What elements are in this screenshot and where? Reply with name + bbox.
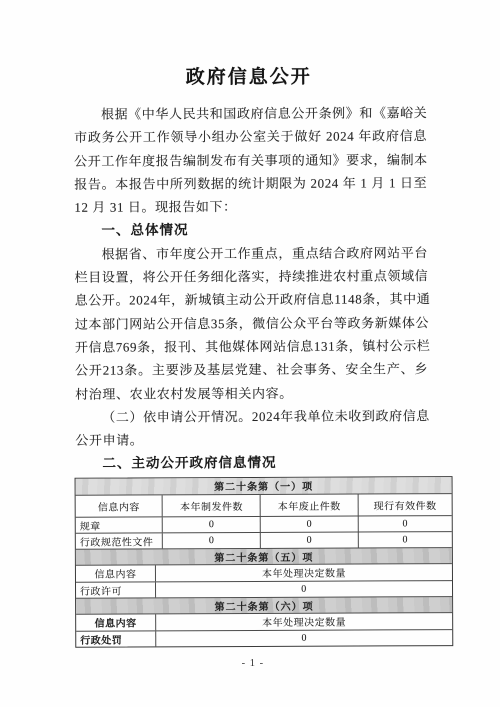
paragraph-overview: 根据省、市年度公开工作重点，重点结合政府网站平台 栏目设置，将公开任务细化落实，… xyxy=(75,241,429,406)
document-sheet: 政府信息公开 根据《中华人民共和国政府信息公开条例》和《嘉峪关 市政务公开工作领… xyxy=(0,0,500,707)
table-section-header: 第二十条第（一）项 xyxy=(76,477,452,495)
cell-value: 0 xyxy=(155,630,452,646)
cell-value: 0 xyxy=(260,516,358,531)
cell-value: 0 xyxy=(358,532,452,547)
body-line: 12 月 31 日。现报告如下： xyxy=(74,194,427,219)
table-section-title: 第二十条第（五）项 xyxy=(76,548,452,565)
table-row: 行政规范性文件 0 0 0 xyxy=(76,531,452,549)
table-row: 规章 0 0 0 xyxy=(76,515,452,533)
table-column-header-row: 信息内容 本年处理决定数量 xyxy=(76,612,452,631)
table-section-header: 第二十条第（六）项 xyxy=(76,596,452,614)
body-line: （二）依申请公开情况。2024年我单位未收到政府信息 xyxy=(75,404,428,429)
cell-value: 0 xyxy=(155,581,452,597)
body-line: 报告。本报告中所列数据的统计期限为 2024 年 1 月 1 日至 xyxy=(74,171,427,196)
table-column-header-row: 信息内容 本年制发件数 本年废止件数 现行有效件数 xyxy=(76,493,452,517)
table-section-title: 第二十条第（六）项 xyxy=(76,597,452,614)
body-line: 栏目设置，将公开任务细化落实，持续推进农村重点领域信 xyxy=(75,264,428,289)
table-row: 行政许可 0 xyxy=(76,580,452,598)
row-label: 规章 xyxy=(76,517,163,532)
row-label: 行政规范性文件 xyxy=(76,533,163,548)
column-header: 本年废止件数 xyxy=(260,494,358,515)
body-line: 根据省、市年度公开工作重点，重点结合政府网站平台 xyxy=(75,241,428,266)
body-line: 过本部门网站公开信息35条，微信公众平台等政务新媒体公 xyxy=(75,311,428,336)
column-header: 本年制发件数 xyxy=(162,495,260,516)
table-column-header-row: 信息内容 本年处理决定数量 xyxy=(76,563,452,582)
paragraph-upon-request: （二）依申请公开情况。2024年我单位未收到政府信息 公开申请。 xyxy=(75,404,428,452)
cell-value: 0 xyxy=(162,517,260,532)
cell-value: 0 xyxy=(260,532,358,547)
document-body: 根据《中华人民共和国政府信息公开条例》和《嘉峪关 市政务公开工作领导小组办公室关… xyxy=(74,101,429,475)
cell-value: 0 xyxy=(162,533,260,548)
row-label: 行政处罚 xyxy=(76,631,155,646)
column-header: 信息内容 xyxy=(76,614,155,630)
section-heading-overview: 一、总体情况 xyxy=(74,218,427,243)
section-heading-proactive-disclosure: 二、主动公开政府信息情况 xyxy=(75,451,428,476)
scanned-document-page: 政府信息公开 根据《中华人民共和国政府信息公开条例》和《嘉峪关 市政务公开工作领… xyxy=(0,0,500,707)
column-header: 现行有效件数 xyxy=(358,494,452,515)
document-title: 政府信息公开 xyxy=(0,61,499,90)
body-line: 市政务公开工作领导小组办公室关于做好 2024 年政府信息 xyxy=(74,125,427,150)
column-header: 本年处理决定数量 xyxy=(155,613,452,630)
table-row: 行政处罚 0 xyxy=(76,629,452,647)
body-line: 公开工作年度报告编制发布有关事项的通知》要求，编制本 xyxy=(74,148,427,173)
paragraph-intro: 根据《中华人民共和国政府信息公开条例》和《嘉峪关 市政务公开工作领导小组办公室关… xyxy=(74,101,428,219)
body-line: 公开申请。 xyxy=(75,427,428,452)
row-label: 行政许可 xyxy=(76,582,155,597)
column-header: 信息内容 xyxy=(76,565,155,581)
body-line: 公开213条。主要涉及基层党建、社会事务、安全生产、乡 xyxy=(75,357,428,382)
table-section-title: 第二十条第（一）项 xyxy=(76,477,452,495)
body-line: 根据《中华人民共和国政府信息公开条例》和《嘉峪关 xyxy=(74,101,427,126)
column-header: 信息内容 xyxy=(76,495,163,516)
disclosure-statistics-table: 第二十条第（一）项 信息内容 本年制发件数 本年废止件数 现行有效件数 规章 0… xyxy=(75,476,454,648)
column-header: 本年处理决定数量 xyxy=(155,564,452,581)
body-line: 村治理、农业农村发展等相关内容。 xyxy=(75,381,428,406)
body-line: 息公开。2024年，新城镇主动公开政府信息1148条，其中通 xyxy=(75,288,428,313)
table-section-header: 第二十条第（五）项 xyxy=(76,547,452,565)
cell-value: 0 xyxy=(358,516,452,531)
page-number: - 1 - xyxy=(76,657,429,670)
body-line: 开信息769条，报刊、其他媒体网站信息131条，镇村公示栏 xyxy=(75,334,428,359)
